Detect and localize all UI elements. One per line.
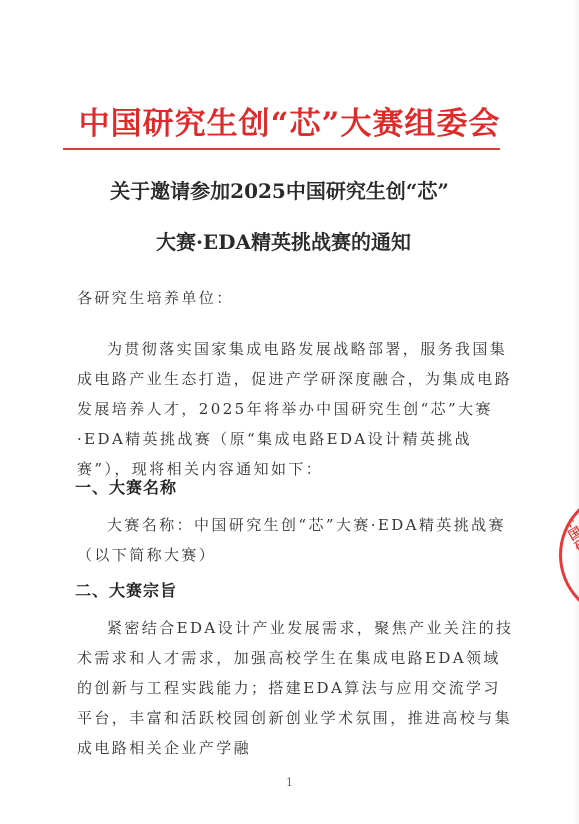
document-page: 中国研究生创“芯”大赛组委会 关于邀请参加2025中国研究生创“芯” 大赛·ED… [0,0,579,824]
section-heading-purpose: 二、大赛宗旨 [75,578,177,601]
intro-paragraph: 为贯彻落实国家集成电路发展战略部署，服务我国集成电路产业生态打造，促进产学研深度… [77,334,517,484]
section-body-name: 大赛名称：中国研究生创“芯”大赛·EDA精英挑战赛（以下简称大赛） [77,510,517,570]
letterhead-divider [63,148,500,150]
salutation: 各研究生培养单位： [77,283,517,313]
seal-text: 中国研究生 [559,513,579,579]
document-title-line-2: 大赛·EDA精英挑战赛的通知 [0,229,573,255]
section-heading-name: 一、大赛名称 [75,475,177,498]
section-body-purpose: 紧密结合EDA设计产业发展需求，聚焦产业关注的技术需求和人才需求，加强高校学生在… [77,613,517,763]
page-number: 1 [0,776,579,789]
organization-letterhead: 中国研究生创“芯”大赛组委会 [0,106,579,142]
document-title-line-1: 关于邀请参加2025中国研究生创“芯” [0,178,569,204]
